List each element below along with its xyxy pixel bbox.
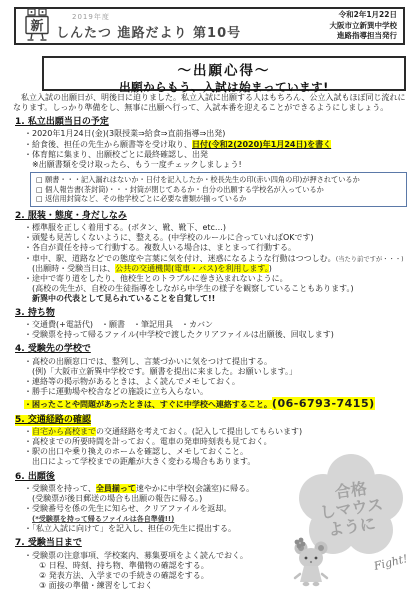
newsletter-title: しんたつ 進路だより 第10号 xyxy=(56,22,330,41)
header-box: 新 2019年度 しんたつ 進路だより 第10号 令和2年1月22日 大阪市立新… xyxy=(14,7,405,45)
bullet-line: ・高校までの所要時間を計っておく。電車の発車時刻表も見ておく。 xyxy=(24,437,409,447)
section-2-dress-code: 2. 服装・態度・身だしなみ ・標準服を正しく着用する。(ボタン、靴、靴下、et… xyxy=(13,211,409,304)
banner-title: 〜出願心得〜 xyxy=(44,59,404,79)
bullet-line: ・受験票を持って帰るファイル(中学校で渡したクリアファイルは出願後、回収します) xyxy=(24,330,409,340)
section-4-at-school: 4. 受験先の学校で ・高校の出願窓口では、整列し、言葉づかいに気をつけて提出す… xyxy=(13,344,409,411)
school-name: 大阪市立新巽中学校 xyxy=(330,21,398,32)
note-line: ※出願書類を受け取ったら、もう一度チェックしましょう! xyxy=(32,160,409,170)
file-note: (*受験票を持って帰るファイルは各自準備!!) xyxy=(32,515,174,523)
bullet-line: ・交通費(+電話代) ・願書 ・筆記用具 ・カバン xyxy=(24,320,409,330)
header-title-block: 2019年度 しんたつ 進路だより 第10号 xyxy=(56,12,330,41)
section-6-after-application: 6. 出願後 ・受験票を持って、全員揃って速やかに中学校(会議室)に帰る。 (受… xyxy=(13,472,409,535)
newsletter-page: 新 2019年度 しんたつ 進路だより 第10号 令和2年1月22日 大阪市立新… xyxy=(0,0,420,594)
section-2-heading: 2. 服装・態度・身だしなみ xyxy=(15,211,127,222)
section-4-heading: 4. 受験先の学校で xyxy=(15,344,91,355)
emergency-contact-line: ・困ったことや問題があったときは、すぐに中学校へ連絡すること。(06-6793-… xyxy=(24,397,409,411)
bullet-line: ・受験票の注意事項、学校案内、募集要項をよく読んでおく。 xyxy=(24,551,409,561)
aside-note: (当たり前ですが・・・) xyxy=(336,256,404,263)
bullet-line: (受験票が後日郵送の場合も出願の報告に帰る。) xyxy=(32,494,409,504)
bullet-line: ・自宅から高校までの交通経路を考えておく。(記入して提出してもらいます) xyxy=(24,427,409,437)
bullet-line: ・各自が責任を持って行動する。複数人いる場合は、まとまって行動する。 xyxy=(24,243,409,253)
section-7-heading: 7. 受験当日まで xyxy=(15,538,82,549)
section-3-heading: 3. 持ち物 xyxy=(15,308,55,319)
bullet-line: (高校の先生が、自校の生徒指導をしながら中学生の様子を観察していることもあります… xyxy=(32,284,409,294)
issuer-label: 進路指導担当発行 xyxy=(330,31,398,42)
bullet-line: 出口によって学校までの距離が大きく変わる場合もあります。 xyxy=(32,457,409,467)
highlighted-route: 自宅から高校まで xyxy=(32,427,96,436)
checklist-item: □ 返信用封筒など、その他学校ごとに必要な書類が揃っているか xyxy=(36,194,402,204)
bullet-line: ・受験番号を係の先生に知らせ、クリアファイルを返却。 xyxy=(24,504,409,514)
issue-info: 令和2年1月22日 大阪市立新巽中学校 進路指導担当発行 xyxy=(330,10,404,43)
bullet-line: ・2020年1月24日(金)(3限授業⇒給食⇒直前指導⇒出発) xyxy=(24,129,409,139)
bullet-line: ・勝手に運動場や校舎などの施設に立ち入らない。 xyxy=(24,387,409,397)
numbered-line: ① 日程、時刻、持ち物、準備物の確認をする。 xyxy=(39,561,409,571)
checklist-item: □ 個人報告書(茶封筒)・・・封筒が閉じてあるか・自分の出願する学校名が入ってい… xyxy=(36,185,402,195)
banner-box: 〜出願心得〜 出願からもう、入試は始まっています! xyxy=(42,56,406,91)
bullet-line: ・途中で寄り道をしたり、他校生とのトラブルに巻き込まれないように。 xyxy=(24,274,409,284)
section-6-heading: 6. 出願後 xyxy=(15,472,55,483)
bullet-line: (例)「大阪市立新巽中学校です。願書を提出に来ました。お願いします。」 xyxy=(32,367,409,377)
bullet-line: (出願時・受験当日は、公共の交通機関(電車・バス)を利用します。) xyxy=(32,264,409,274)
highlighted-date: 日付(令和2(2020)年1月24日)を書く xyxy=(192,140,331,149)
bullet-line: ・標準服を正しく着用する。(ボタン、靴、靴下、etc…) xyxy=(24,223,409,233)
highlighted-together: 全員揃って xyxy=(96,484,136,493)
section-5-heading: 5. 交通経路の確認 xyxy=(15,415,91,426)
bullet-line: ・体育館に集まり、出願校ごとに最終確認し、出発 xyxy=(24,150,409,160)
representative-warning: 新巽中の代表として見られていることを自覚して!! xyxy=(32,294,409,304)
section-7-before-exam-day: 7. 受験当日まで ・受験票の注意事項、学校案内、募集要項をよく読んでおく。 ①… xyxy=(13,538,409,591)
section-5-route-check: 5. 交通経路の確認 ・自宅から高校までの交通経路を考えておく。(記入して提出し… xyxy=(13,415,409,468)
section-3-belongings: 3. 持ち物 ・交通費(+電話代) ・願書 ・筆記用具 ・カバン ・受験票を持っ… xyxy=(13,308,409,340)
intro-paragraph: 私立入試の出願日が、明後日に迫りました。私立入試に出願する人はもちろん、公立入試… xyxy=(13,93,409,113)
bullet-line: ・給食後、担任の先生から願書等を受け取り、日付(令和2(2020)年1月24日)… xyxy=(24,140,409,150)
bullet-line: ・駅の出口や乗り換えのホームを確認し、メモしておくこと。 xyxy=(24,447,409,457)
section-1-heading: 1. 私立出願当日の予定 xyxy=(15,117,109,128)
bullet-line: ・受験票を持って、全員揃って速やかに中学校(会議室)に帰る。 xyxy=(24,484,409,494)
logo-kanji: 新 xyxy=(30,18,43,34)
checklist-item: □ 願書・・・記入漏れはないか・日付を記入したか・校長先生の印(赤い四角の印)が… xyxy=(36,175,402,185)
bullet-line: (*受験票を持って帰るファイルは各自準備!!) xyxy=(32,514,409,524)
document-body: 私立入試の出願日が、明後日に迫りました。私立入試に出願する人はもちろん、公立入試… xyxy=(13,93,409,594)
highlighted-transport: 公共の交通機関(電車・バス)を利用します。 xyxy=(115,264,269,273)
bullet-line: ・車中、駅、道路などでの態度や言葉に気を付け、迷惑になるような行動はつつしむ。(… xyxy=(24,254,409,264)
bullet-line: ・連絡等の掲示物があるときは、よく読んでメモしておく。 xyxy=(24,377,409,387)
numbered-line: ② 発表方法、入学までの手続きの確認をする。 xyxy=(39,571,409,581)
school-mascot-logo-icon: 新 xyxy=(22,8,52,46)
issue-date: 令和2年1月22日 xyxy=(330,10,398,21)
phone-number: (06-6793-7415) xyxy=(272,397,375,410)
section-1-schedule: 1. 私立出願当日の予定 ・2020年1月24日(金)(3限授業⇒給食⇒直前指導… xyxy=(13,117,409,207)
bullet-line: ・頭髪も見苦しくないように、整える。(中学校のルールに合っていればOKです) xyxy=(24,233,409,243)
year-label: 2019年度 xyxy=(72,12,330,22)
numbered-line: ③ 面接の準備・練習をしておく xyxy=(39,581,409,591)
bullet-line: ・「私立入試に向けて」を記入し、担任の先生に提出する。 xyxy=(24,524,409,534)
bullet-line: ・高校の出願窓口では、整列し、言葉づかいに気をつけて提出する。 xyxy=(24,357,409,367)
document-checklist: □ 願書・・・記入漏れはないか・日付を記入したか・校長先生の印(赤い四角の印)が… xyxy=(30,172,407,207)
